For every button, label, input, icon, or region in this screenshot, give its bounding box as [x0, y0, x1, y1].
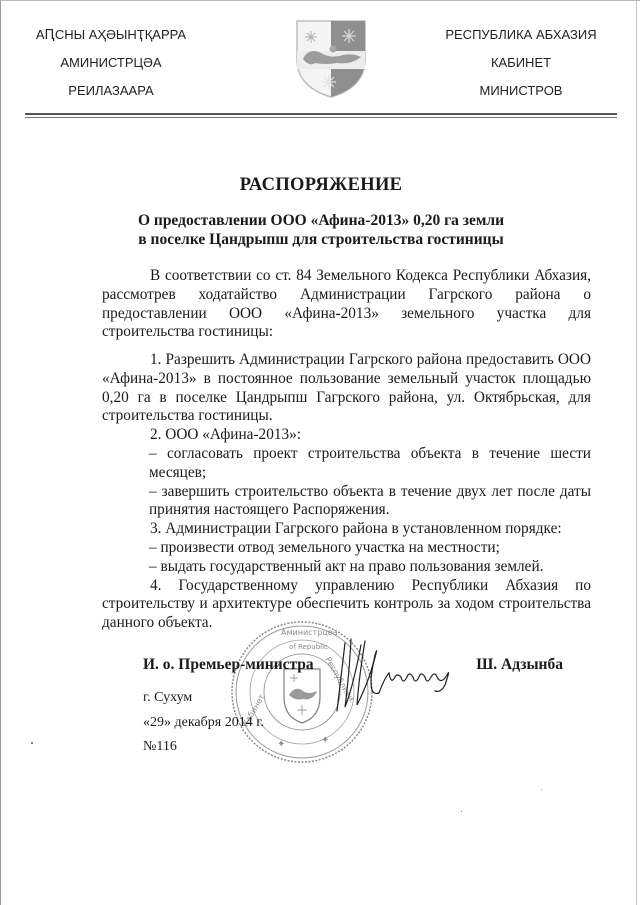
document-page: АԤСНЫ АҲӘЫНҬҚАРРА АМИНИСТРЦӘА РЕИЛАЗААРА… [0, 0, 640, 905]
header-russian: РЕСПУБЛИКА АБХАЗИЯ КАБИНЕТ МИНИСТРОВ [441, 26, 601, 110]
header-line: АМИНИСТРЦӘА [31, 54, 191, 82]
header-line: РЕИЛАЗААРА [31, 82, 191, 110]
coat-of-arms-icon [291, 15, 371, 99]
document-subtitle: О предоставлении ООО «Афина-2013» 0,20 г… [101, 211, 541, 249]
order-subitem: – произвести отвод земельного участка на… [102, 539, 591, 558]
header-line: АԤСНЫ АҲӘЫНҬҚАРРА [31, 26, 191, 54]
header-line: РЕСПУБЛИКА АБХАЗИЯ [441, 26, 601, 54]
scan-speck [461, 811, 462, 812]
intro-paragraph: В соответствии со ст. 84 Земельного Коде… [102, 267, 591, 342]
scan-speck [31, 742, 33, 744]
document-number: №116 [143, 739, 177, 755]
page-edge [636, 1, 637, 905]
header-line: КАБИНЕТ [441, 54, 601, 82]
order-item-2: 2. ООО «Афина-2013»: [102, 426, 591, 445]
signatory-role: И. о. Премьер-министра [143, 656, 314, 674]
document-title: РАСПОРЯЖЕНИЕ [1, 175, 640, 196]
header-line: МИНИСТРОВ [441, 82, 601, 110]
order-subitem: – согласовать проект строительства объек… [102, 445, 591, 483]
order-item-1: 1. Разрешить Администрации Гагрского рай… [102, 351, 591, 426]
handwritten-signature-icon [331, 637, 466, 717]
header-divider-thin [25, 117, 617, 118]
svg-text:✦: ✦ [277, 739, 285, 750]
order-subitem: – завершить строительство объекта в тече… [102, 483, 591, 521]
order-subitem: – выдать государственный акт на право по… [102, 558, 591, 577]
svg-text:Аминистрцәа: Аминистрцәа [281, 628, 338, 637]
header-divider [25, 113, 617, 115]
issue-city: г. Сухум [143, 690, 192, 706]
svg-text:✦: ✦ [321, 735, 329, 746]
intro-text: В соответствии со ст. 84 Земельного Коде… [102, 267, 591, 342]
order-items: 1. Разрешить Администрации Гагрского рай… [102, 351, 591, 633]
signatory-name: Ш. Адзынба [476, 656, 563, 674]
subtitle-line: О предоставлении ООО «Афина-2013» 0,20 г… [101, 211, 541, 230]
subtitle-line: в поселке Цандрыпш для строительства гос… [101, 230, 541, 249]
issue-date: «29» декабря 2014 г. [143, 715, 264, 731]
order-item-3: 3. Администрации Гагрского района в уста… [102, 520, 591, 539]
svg-text:of Republic: of Republic [289, 643, 328, 651]
header-abkhaz: АԤСНЫ АҲӘЫНҬҚАРРА АМИНИСТРЦӘА РЕИЛАЗААРА [31, 26, 191, 110]
scan-speck [541, 789, 542, 790]
